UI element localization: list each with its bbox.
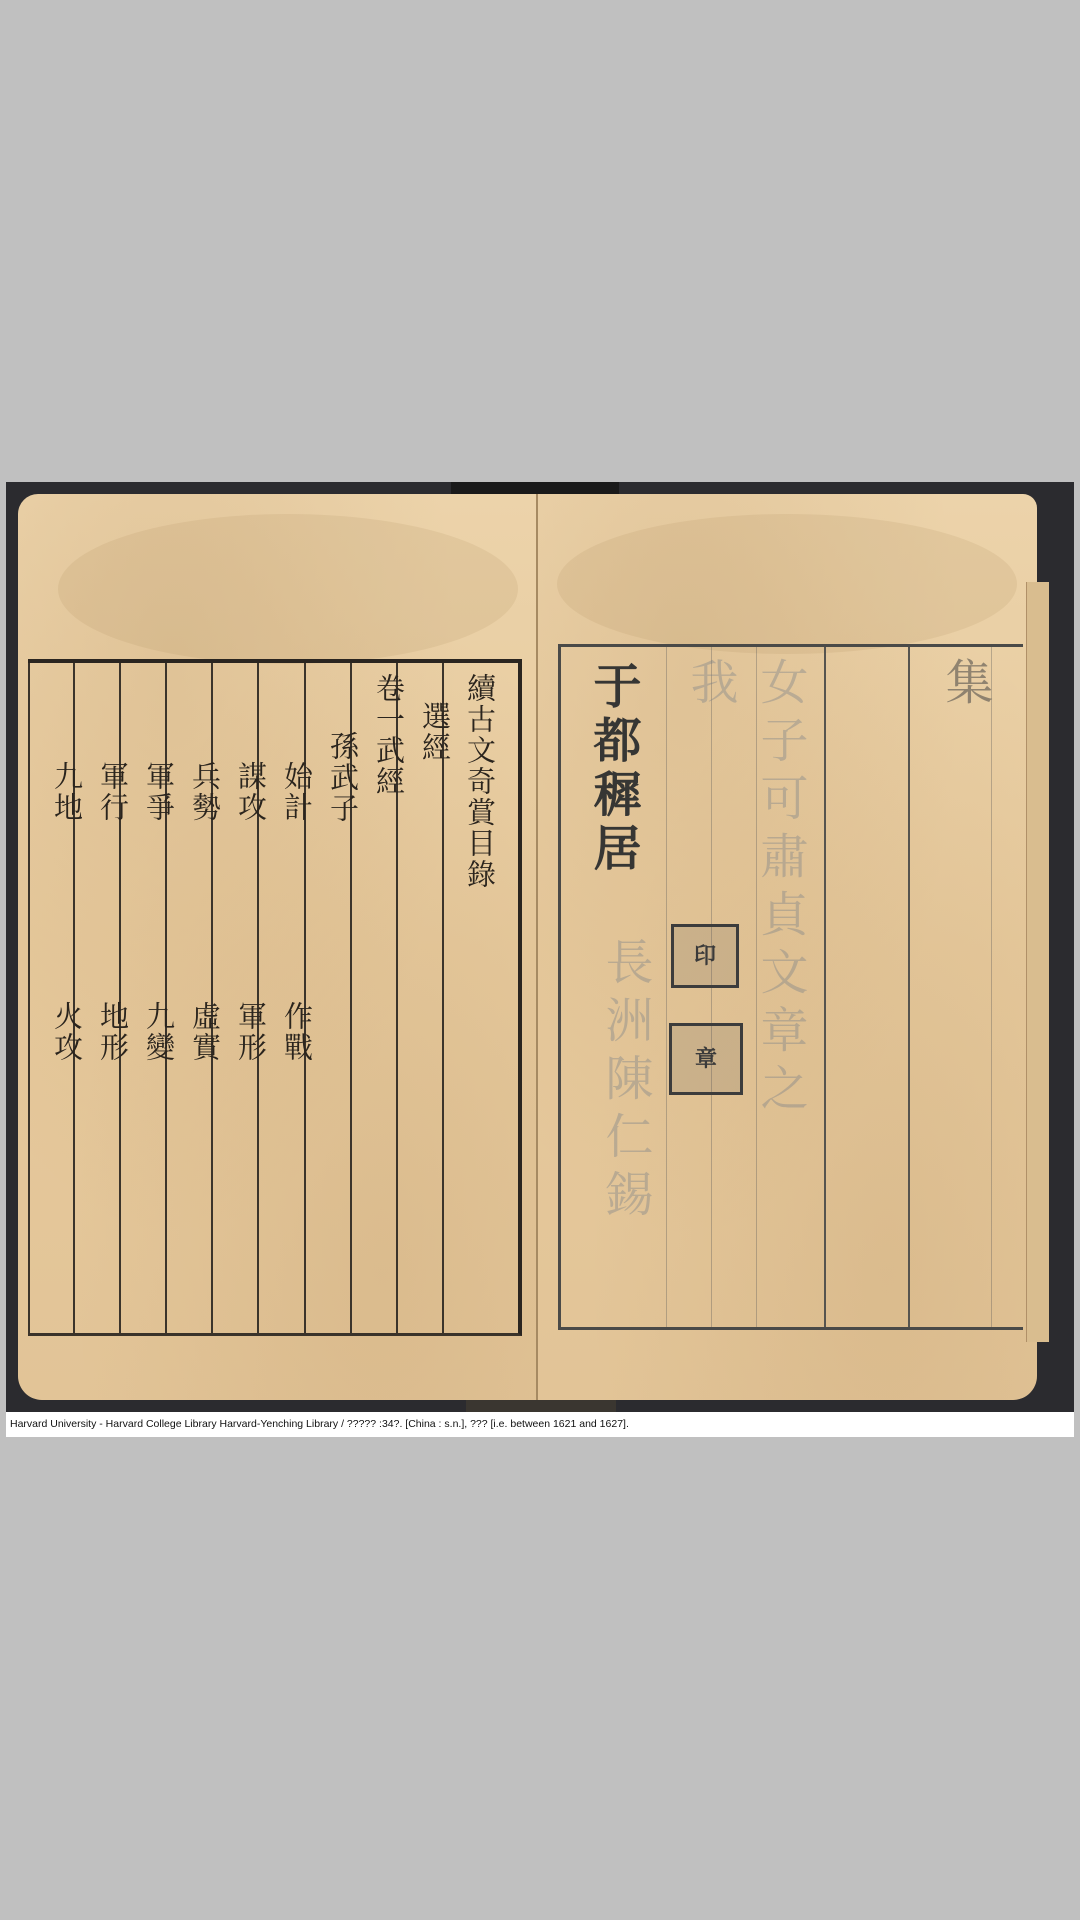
rule-line (28, 663, 30, 1333)
title-calligraphy: 于都穉居 (589, 661, 637, 877)
bleed-through-text: 長洲陳仁錫 (601, 937, 649, 1227)
rule-line (908, 647, 910, 1327)
gutter (536, 494, 538, 1400)
bleed-through-text: 集 (941, 657, 989, 715)
rule-line (442, 663, 444, 1333)
toc-author: 孫武子 (328, 731, 357, 824)
toc-entry: 兵勢 (190, 761, 219, 823)
seal-glyph: 印 (694, 945, 716, 967)
toc-entry: 始計 (282, 761, 311, 823)
water-stain (58, 514, 518, 664)
rule-line (991, 647, 992, 1327)
seal-stamp-2: 章 (669, 1023, 743, 1095)
seal-glyph: 章 (695, 1048, 717, 1070)
left-page: 續古文奇賞目錄 選經 卷一武經 孫武子 始計 作戰 謀攻 軍形 兵勢 虛實 軍爭… (18, 494, 538, 1400)
toc-entry: 作戰 (282, 1001, 311, 1063)
title-frame: 女子可肅貞文章之 我 長洲陳仁錫 集 于都穉居 印 章 (558, 644, 1023, 1330)
spine-bottom (466, 1400, 616, 1412)
image-caption: Harvard University - Harvard College Lib… (6, 1412, 1074, 1437)
bleed-through-text: 女子可肅貞文章之 (756, 657, 804, 1121)
toc-section: 選經 (420, 701, 449, 763)
rule-line (824, 647, 826, 1327)
seal-stamp-1: 印 (671, 924, 739, 988)
toc-entry: 軍爭 (144, 761, 173, 823)
toc-entry: 軍行 (98, 761, 127, 823)
toc-entry: 地形 (98, 1001, 127, 1063)
toc-entry: 九變 (144, 1001, 173, 1063)
toc-frame: 續古文奇賞目錄 選經 卷一武經 孫武子 始計 作戰 謀攻 軍形 兵勢 虛實 軍爭… (28, 659, 522, 1336)
toc-title: 續古文奇賞目錄 (465, 673, 494, 890)
toc-volume: 卷一武經 (374, 673, 403, 797)
image-viewer: 續古文奇賞目錄 選經 卷一武經 孫武子 始計 作戰 謀攻 軍形 兵勢 虛實 軍爭… (6, 482, 1074, 1412)
water-stain (557, 514, 1017, 654)
toc-entry: 軍形 (236, 1001, 265, 1063)
toc-entry: 虛實 (190, 1001, 219, 1063)
bleed-through-text: 我 (686, 657, 734, 715)
toc-entry: 九地 (52, 761, 81, 823)
toc-entry: 謀攻 (236, 761, 265, 823)
page-edge-flap (1026, 582, 1049, 1342)
spine-top (451, 482, 619, 494)
toc-entry: 火攻 (52, 1001, 81, 1063)
rule-line (666, 647, 667, 1327)
